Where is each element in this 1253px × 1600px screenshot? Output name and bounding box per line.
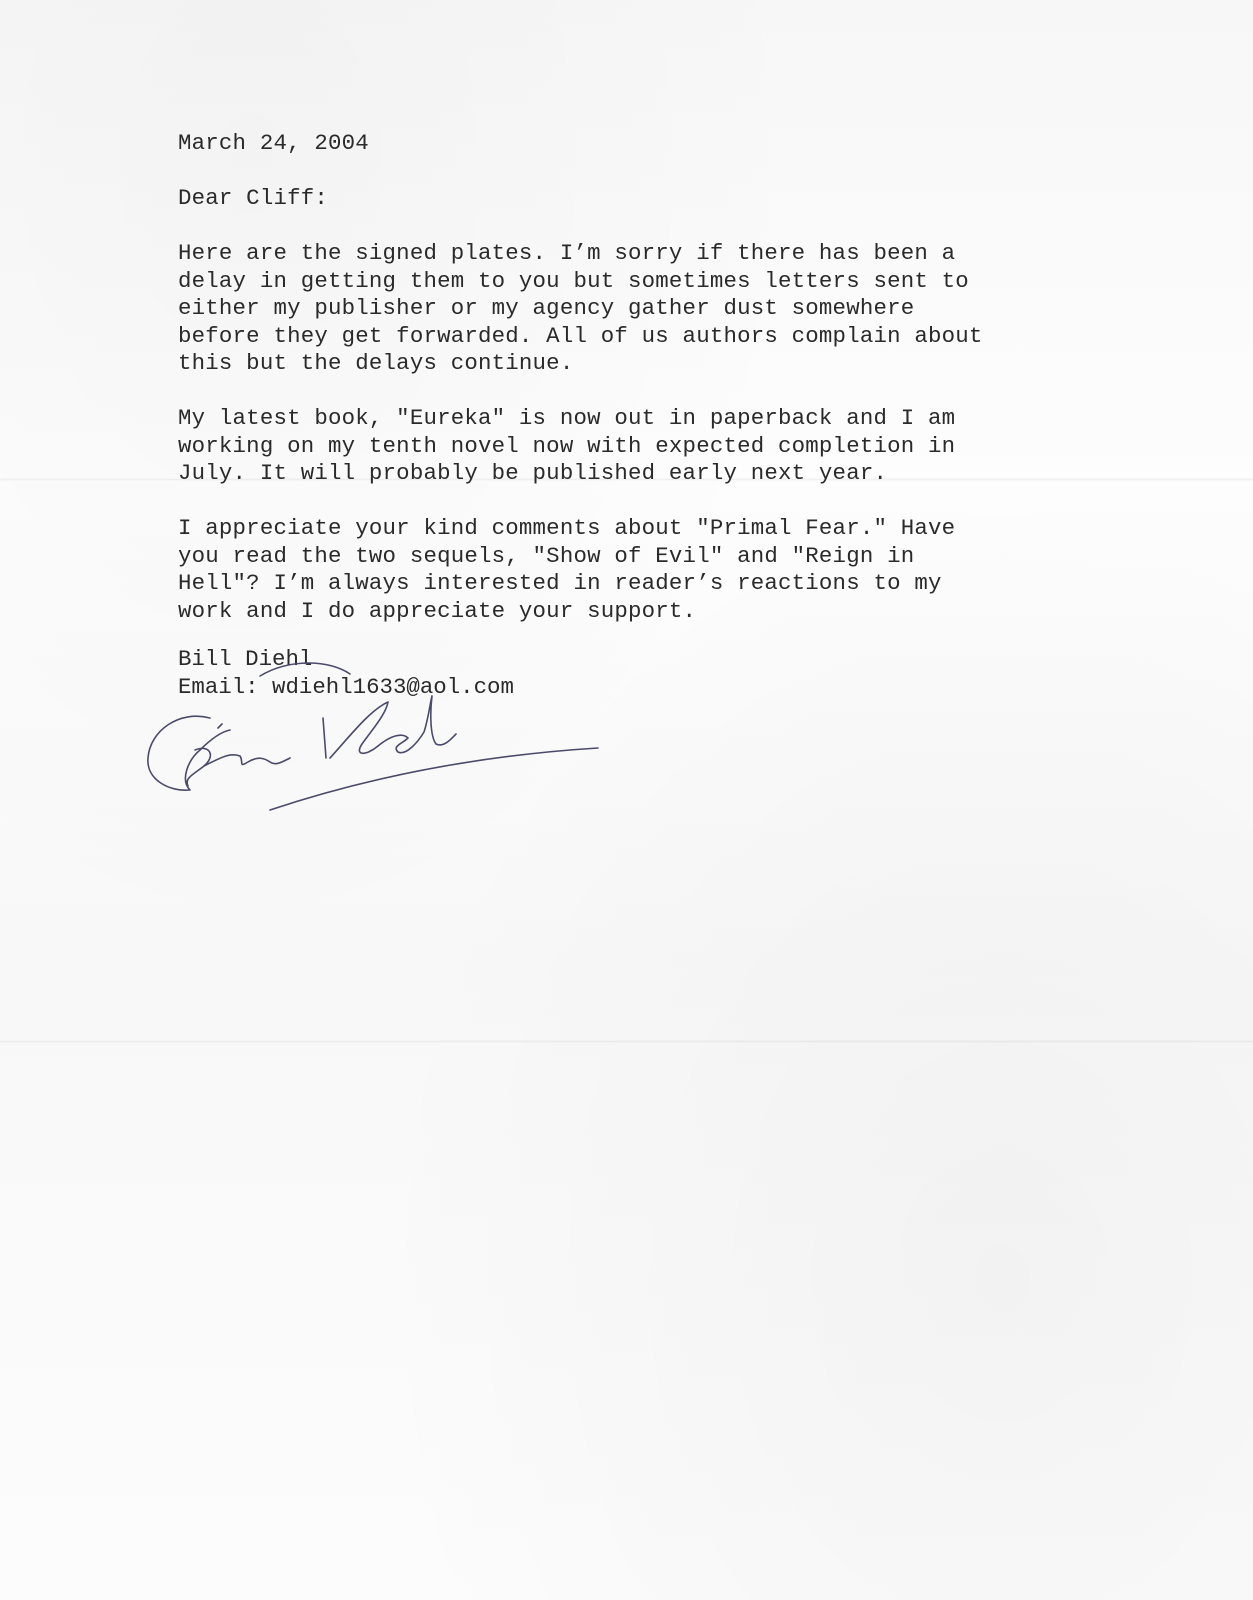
letter-paragraph-2: My latest book, "Eureka" is now out in p… <box>178 405 1078 488</box>
letter-paragraph-1: Here are the signed plates. I’m sorry if… <box>178 240 1078 378</box>
letter-paragraph-3: I appreciate your kind comments about "P… <box>178 515 1078 625</box>
signature-block: Bill Diehl Email: wdiehl1633@aol.com <box>178 646 514 701</box>
letter-date: March 24, 2004 <box>178 130 1078 158</box>
paper-fold-line <box>0 1040 1253 1043</box>
sender-email: Email: wdiehl1633@aol.com <box>178 674 514 702</box>
sender-name: Bill Diehl <box>178 646 514 674</box>
letter-body: March 24, 2004 Dear Cliff: Here are the … <box>178 130 1078 653</box>
letter-salutation: Dear Cliff: <box>178 185 1078 213</box>
